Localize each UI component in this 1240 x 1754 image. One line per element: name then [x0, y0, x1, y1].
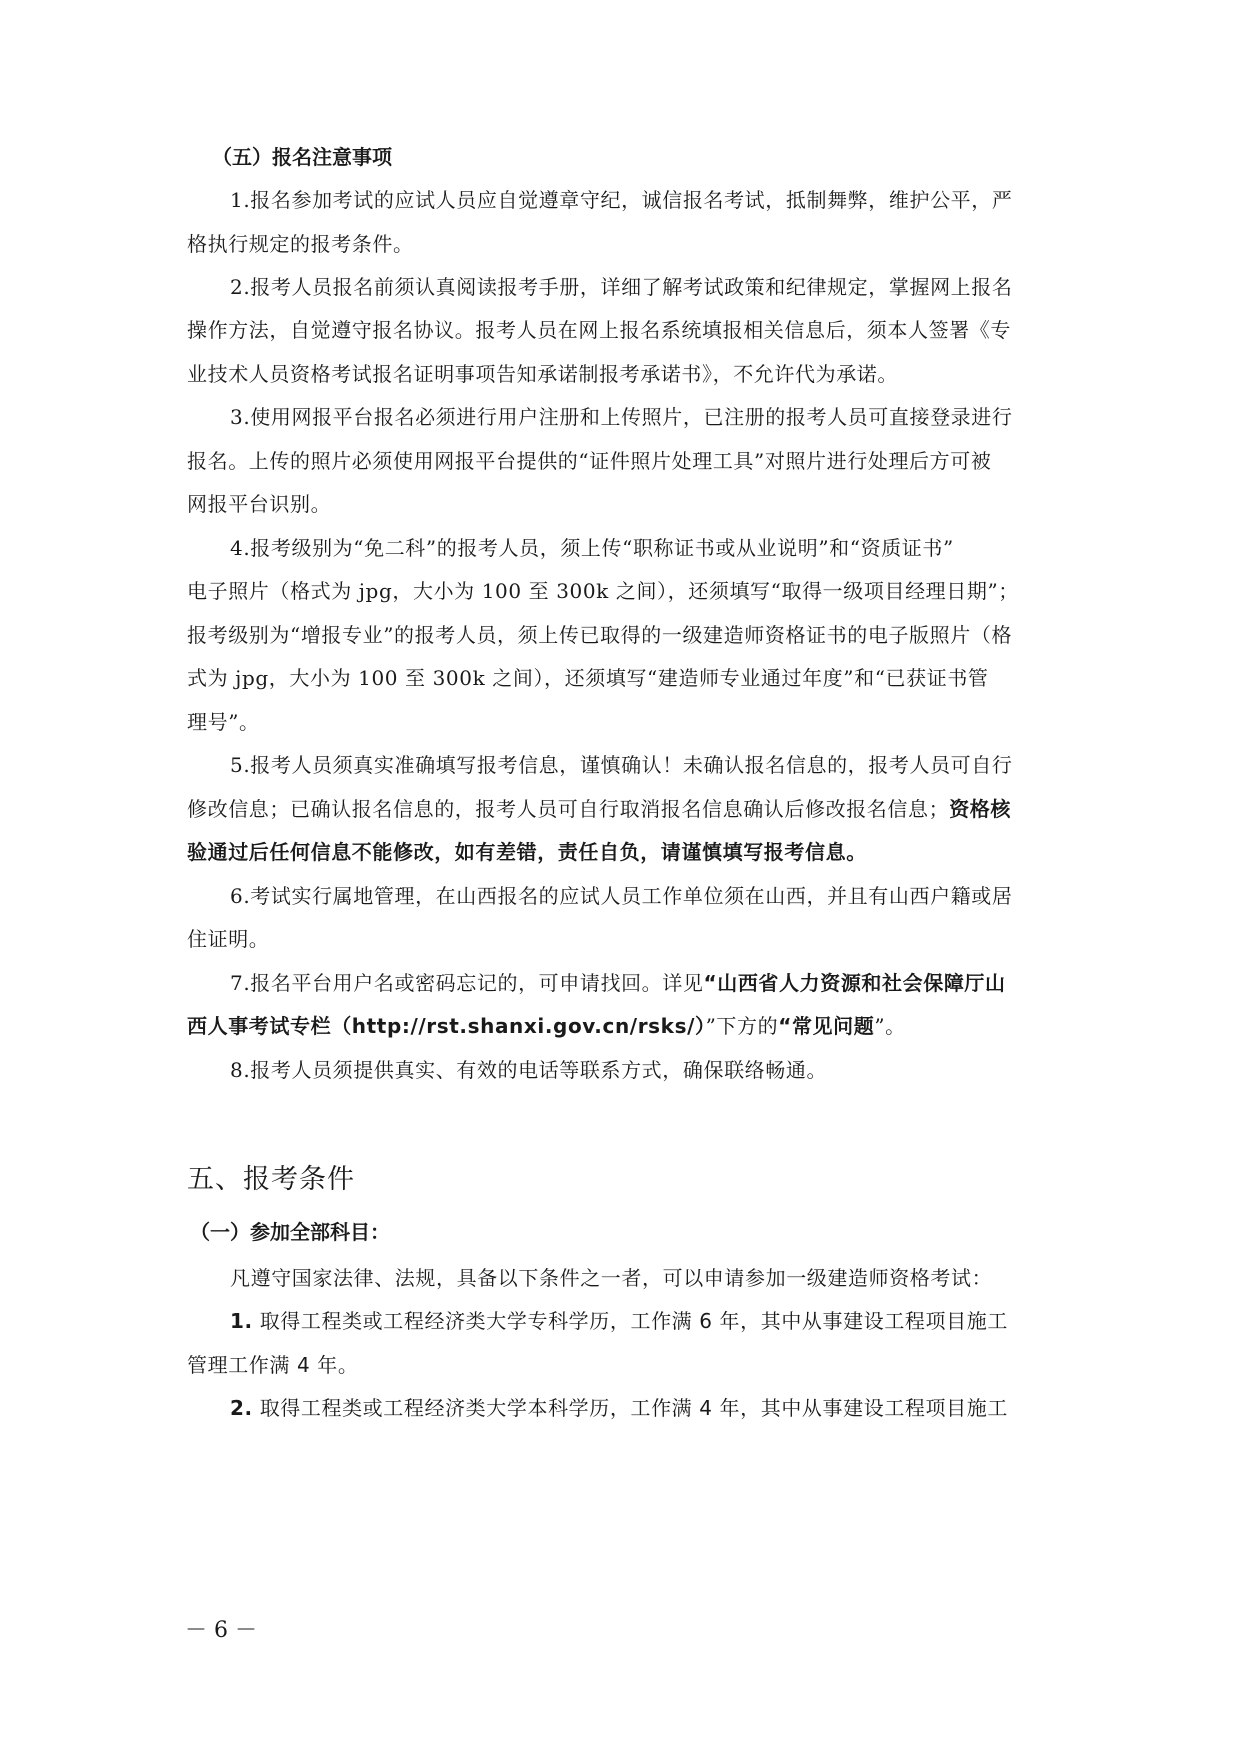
- paragraph-4-line-1: 4.报考级别为“免二科”的报考人员，须上传“职称证书或从业说明”和“资质证书”: [230, 534, 1057, 562]
- eligibility-item-1-line-1: 1. 取得工程类或工程经济类大学专科学历，工作满 6 年，其中从事建设工程项目施…: [230, 1307, 1057, 1335]
- paragraph-5-emphasis-start: 资格核: [949, 797, 1011, 821]
- paragraph-3-line-1: 3.使用网报平台报名必须进行用户注册和上传照片，已注册的报考人员可直接登录进行: [230, 403, 1057, 431]
- paragraph-6-line-2: 住证明。: [187, 925, 1057, 953]
- paragraph-7-line-1: 7.报名平台用户名或密码忘记的，可申请找回。详见“山西省人力资源和社会保障厅山: [230, 969, 1057, 997]
- paragraph-1-line-2: 格执行规定的报考条件。: [187, 230, 1057, 258]
- paragraph-2-line-3: 业技术人员资格考试报名证明事项告知承诺制报考承诺书》，不允许代为承诺。: [187, 360, 1057, 388]
- paragraph-5-emphasis-line: 验通过后任何信息不能修改，如有差错，责任自负，请谨慎填写报考信息。: [187, 838, 1057, 866]
- eligibility-item-1-line-2: 管理工作满 4 年。: [187, 1351, 1057, 1379]
- paragraph-5-line-2: 修改信息；已确认报名信息的，报考人员可自行取消报名信息确认后修改报名信息；资格核: [187, 795, 1057, 823]
- paragraph-2-line-1: 2.报考人员报名前须认真阅读报考手册，详细了解考试政策和纪律规定，掌握网上报名: [230, 273, 1057, 301]
- paragraph-7-text: 7.报名平台用户名或密码忘记的，可申请找回。详见: [230, 971, 703, 995]
- paragraph-4-line-2: 电子照片（格式为 jpg，大小为 100 至 300k 之间），还须填写“取得一…: [187, 577, 1057, 605]
- paragraph-5-line-2-text: 修改信息；已确认报名信息的，报考人员可自行取消报名信息确认后修改报名信息；: [187, 797, 949, 821]
- eligibility-item-2-text: 取得工程类或工程经济类大学本科学历，工作满 4 年，其中从事建设工程项目施工: [260, 1396, 1008, 1420]
- paragraph-7-end: ”。: [874, 1014, 905, 1038]
- paragraph-3-line-2: 报名。上传的照片必须使用网报平台提供的“证件照片处理工具”对照片进行处理后方可被: [187, 447, 1057, 475]
- eligibility-item-2-line-1: 2. 取得工程类或工程经济类大学本科学历，工作满 4 年，其中从事建设工程项目施…: [230, 1394, 1057, 1422]
- document-page: （五）报名注意事项 1.报名参加考试的应试人员应自觉遵章守纪，诚信报名考试，抵制…: [0, 0, 1240, 1754]
- exam-column-link[interactable]: 西人事考试专栏（http://rst.shanxi.gov.cn/rsks/）: [187, 1014, 706, 1038]
- eligibility-item-1-number: 1.: [230, 1309, 253, 1333]
- section-heading-registration-notes: （五）报名注意事项: [212, 143, 392, 171]
- paragraph-4-line-4: 式为 jpg，大小为 100 至 300k 之间），还须填写“建造师专业通过年度…: [187, 664, 1057, 692]
- eligibility-item-2-number: 2.: [230, 1396, 253, 1420]
- paragraph-6-line-1: 6.考试实行属地管理，在山西报名的应试人员工作单位须在山西，并且有山西户籍或居: [230, 882, 1057, 910]
- paragraph-1-line-1: 1.报名参加考试的应试人员应自觉遵章守纪，诚信报名考试，抵制舞弊，维护公平，严: [230, 186, 1057, 214]
- paragraph-7-line-2: 西人事考试专栏（http://rst.shanxi.gov.cn/rsks/）”…: [187, 1012, 1057, 1040]
- paragraph-4-line-3: 报考级别为“增报专业”的报考人员，须上传已取得的一级建造师资格证书的电子版照片（…: [187, 621, 1057, 649]
- page-number: － 6 －: [185, 1616, 257, 1646]
- subheading-all-subjects: （一）参加全部科目：: [190, 1218, 390, 1246]
- paragraph-2-line-2: 操作方法，自觉遵守报名协议。报考人员在网上报名系统填报相关信息后，须本人签署《专: [187, 316, 1057, 344]
- paragraph-3-line-3: 网报平台识别。: [187, 490, 1057, 518]
- faq-reference: “常见问题: [778, 1014, 874, 1038]
- paragraph-5-line-1: 5.报考人员须真实准确填写报考信息，谨慎确认！未确认报名信息的，报考人员可自行: [230, 751, 1057, 779]
- shanxi-hrss-reference: “山西省人力资源和社会保障厅山: [703, 971, 1005, 995]
- paragraph-8-line-1: 8.报考人员须提供真实、有效的电话等联系方式，确保联络畅通。: [230, 1056, 1057, 1084]
- paragraph-4-line-5: 理号”。: [187, 708, 1057, 736]
- eligibility-intro: 凡遵守国家法律、法规，具备以下条件之一者，可以申请参加一级建造师资格考试：: [230, 1264, 1057, 1292]
- paragraph-7-connector: ”下方的: [706, 1014, 779, 1038]
- section-title-eligibility: 五、报考条件: [187, 1162, 355, 1198]
- eligibility-item-1-text: 取得工程类或工程经济类大学专科学历，工作满 6 年，其中从事建设工程项目施工: [260, 1309, 1008, 1333]
